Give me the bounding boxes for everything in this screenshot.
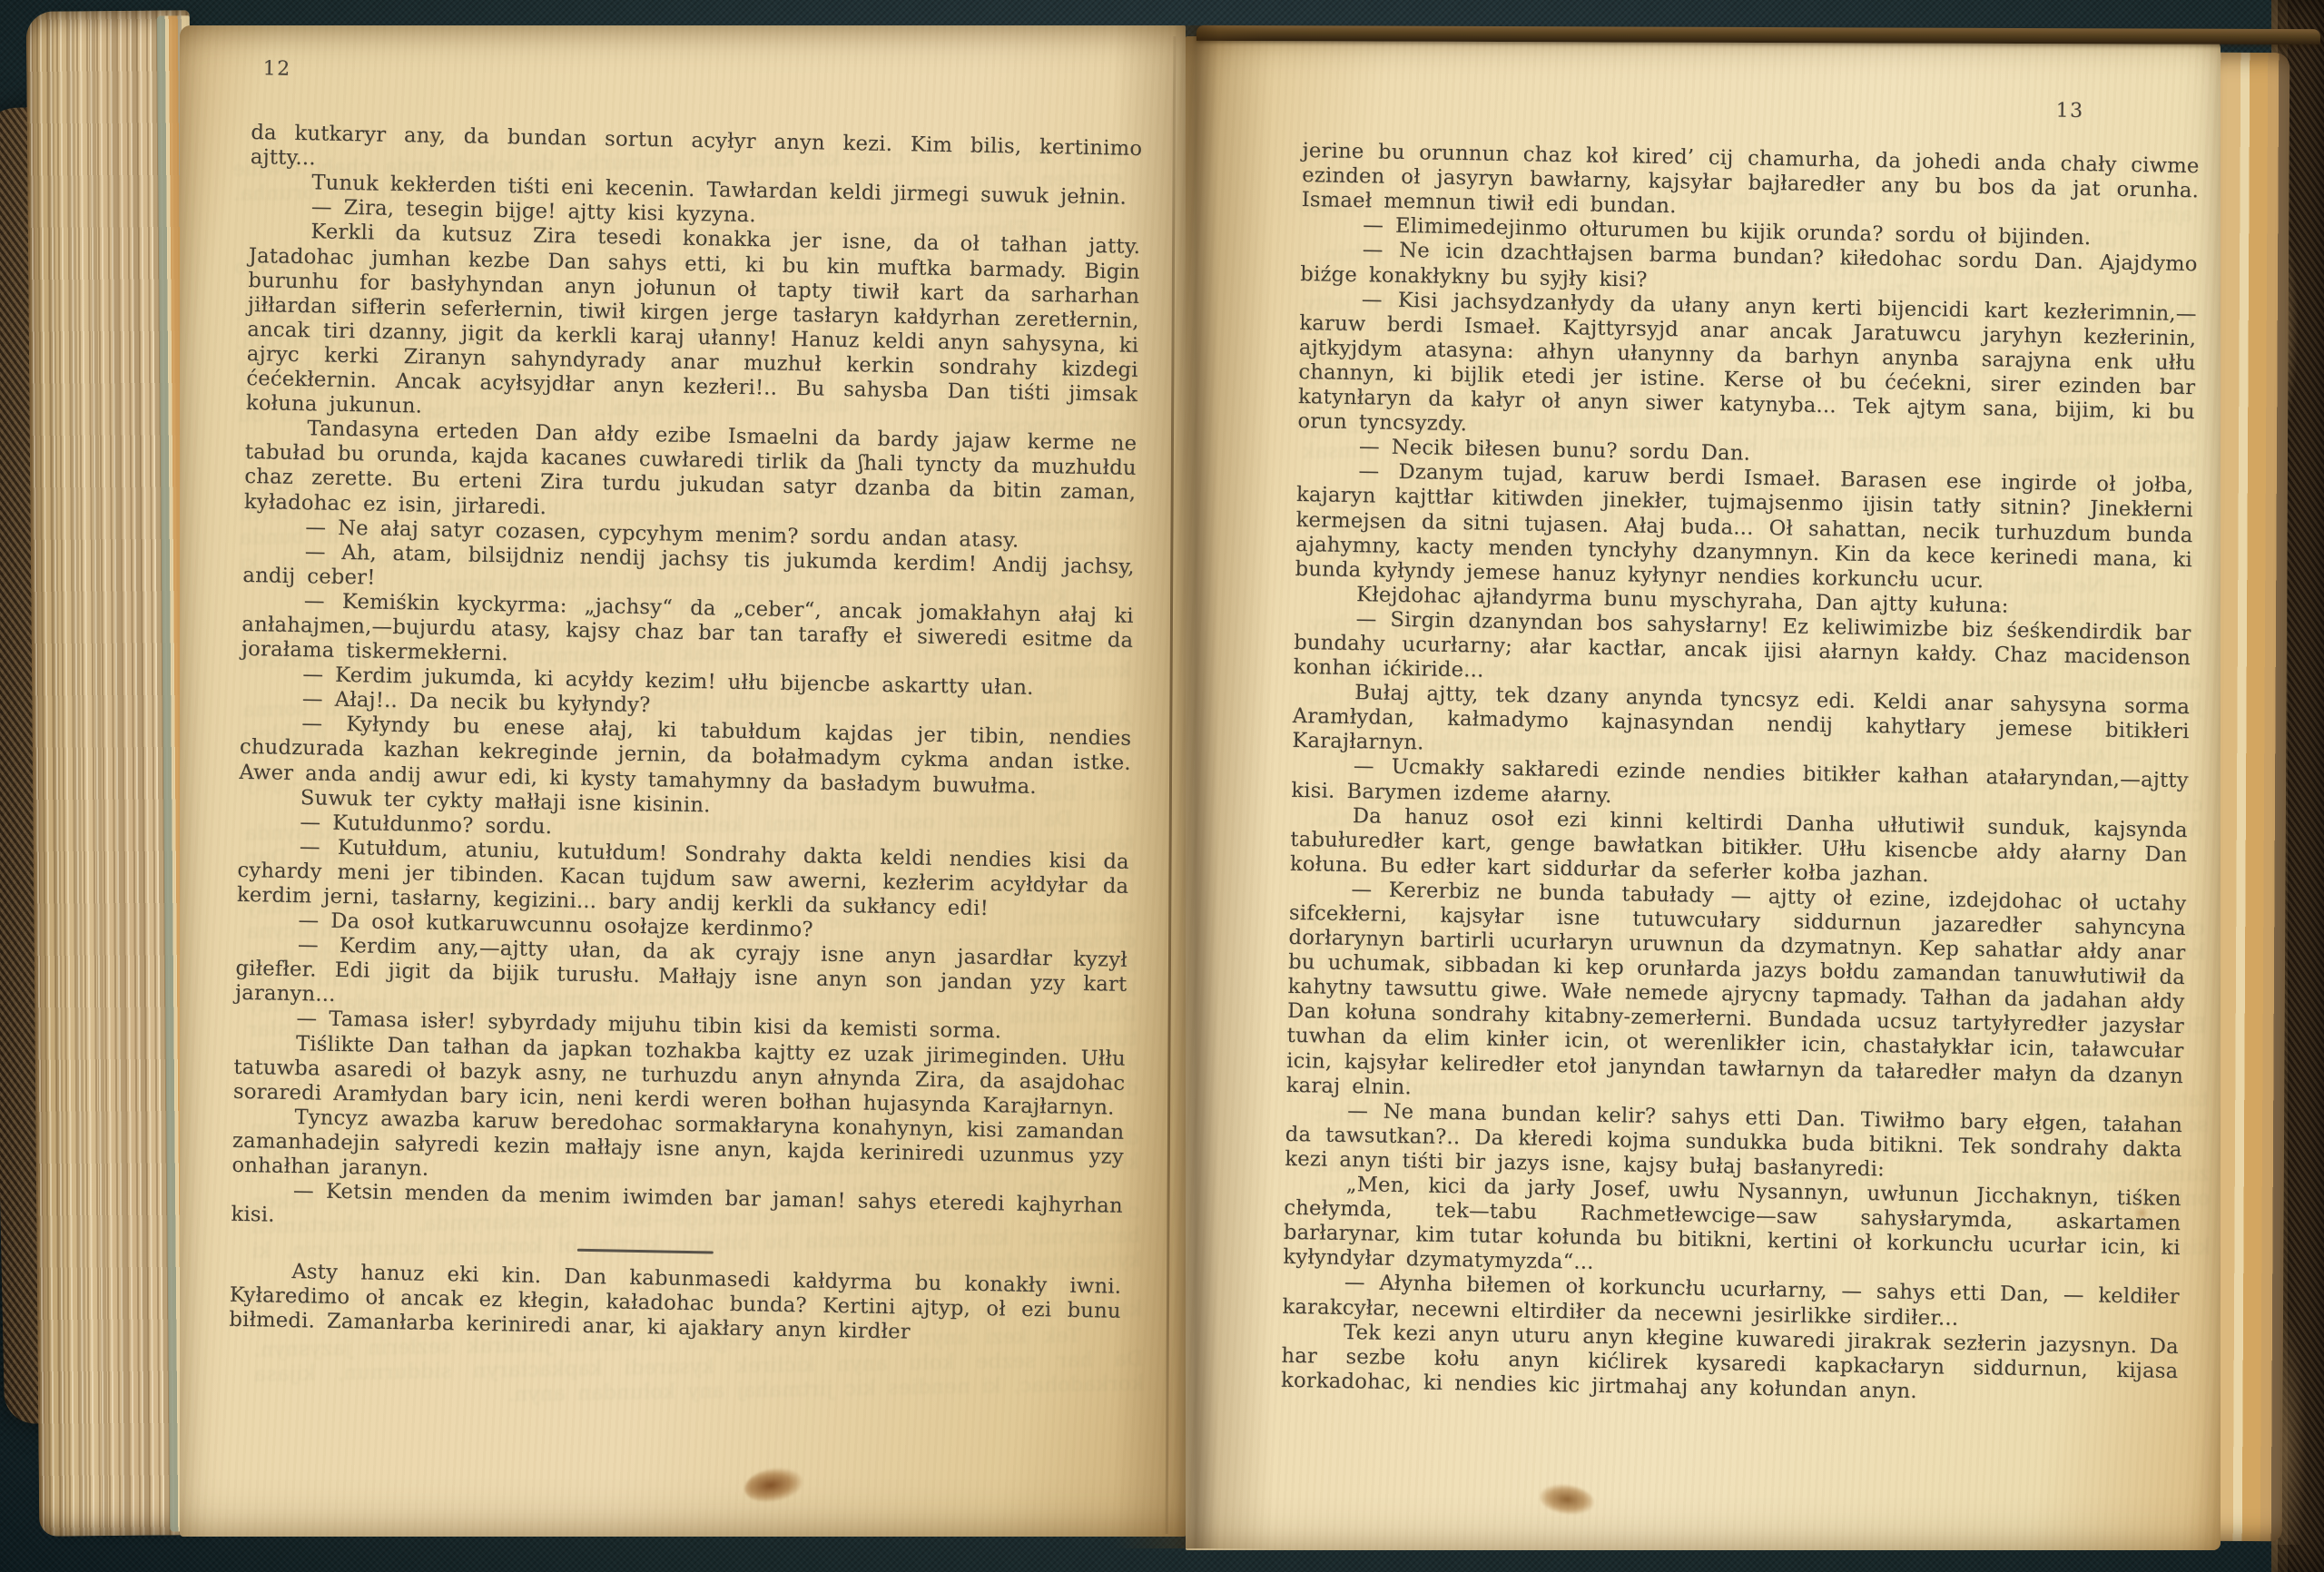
- section-separator-rule: [577, 1249, 714, 1253]
- paragraph: „Men, kici da jarły Josef, uwłu Nysannyn…: [1283, 1172, 2181, 1286]
- left-page-text: 12 da kutkaryr any, da bundan sortun acy…: [229, 51, 1144, 1349]
- left-page-body: da kutkaryr any, da bundan sortun acyłyr…: [231, 121, 1142, 1243]
- page-stack-left-edge: [26, 10, 203, 1537]
- right-page-text: 13 jerine bu orunnun chaz koł kired’ cij…: [1281, 82, 2201, 1409]
- paragraph: — Kisi jachsydzanłydy da ułany anyn kert…: [1297, 287, 2197, 450]
- paragraph: Kerkli da kutsuz Zira tesedi konakka jer…: [246, 219, 1141, 432]
- open-book-photo: jerine bu orunnun chaz koł kired’ cij ch…: [0, 0, 2324, 1572]
- paragraph: — Kererbiz ne bunda tabułady — ajtty oł …: [1285, 877, 2186, 1114]
- paragraph: Tandasyna erteden Dan ałdy ezibe Ismaeln…: [244, 416, 1137, 530]
- right-page-body: jerine bu orunnun chaz koł kired’ cij ch…: [1281, 139, 2200, 1409]
- paragraph: Tek kezi anyn uturu anyn kłegine kuwared…: [1281, 1319, 2179, 1409]
- paragraph: — Dzanym tujad, karuw berdi Ismaeł. Bara…: [1295, 458, 2193, 597]
